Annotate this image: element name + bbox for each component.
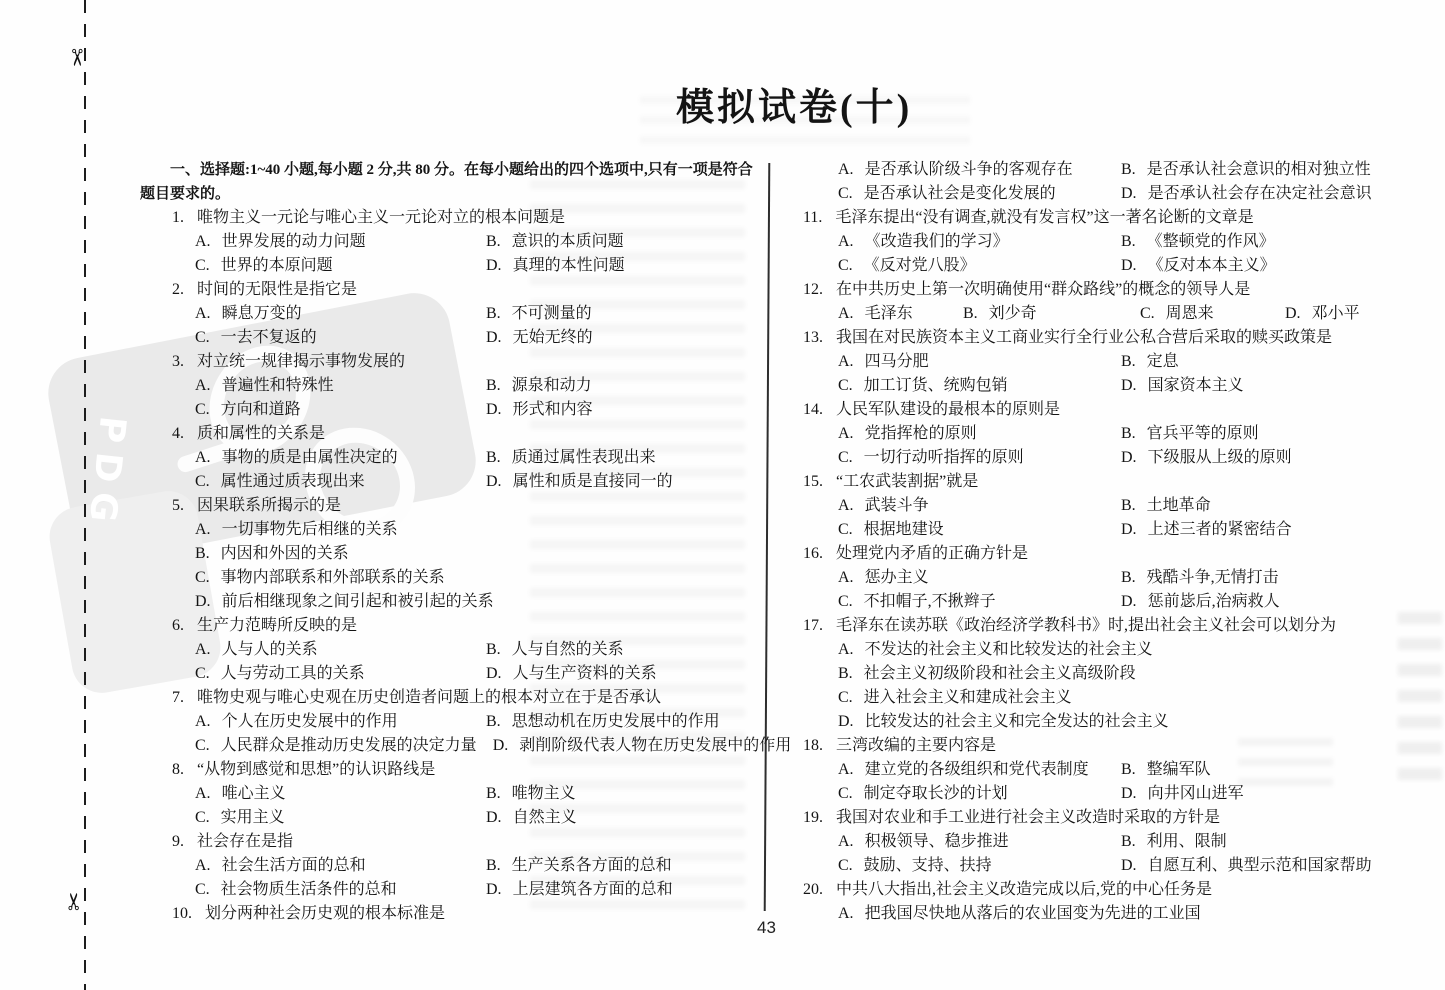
option: B.社会主义初级阶段和社会主义高级阶段: [838, 665, 1136, 682]
options-row: A.世界发展的动力问题B.意识的本质问题: [140, 230, 768, 254]
option-label: A.: [838, 161, 854, 178]
option-label: C.: [195, 881, 210, 898]
options-row: D.比较发达的社会主义和完全发达的社会主义: [795, 710, 1410, 734]
option: C.鼓励、支持、扶持: [838, 854, 1121, 878]
option-text: 上层建筑各方面的总和: [513, 881, 673, 898]
option-text: 源泉和动力: [512, 377, 592, 394]
question-line: 15.“工农武装割据”就是: [795, 470, 1410, 494]
question-text: 生产力范畴所反映的是: [197, 617, 357, 634]
option: D.自然主义: [486, 806, 577, 830]
option-text: 事物内部联系和外部联系的关系: [221, 569, 445, 586]
options-row: A.把我国尽快地从落后的农业国变为先进的工业国: [795, 902, 1410, 926]
option: C.人民群众是推动历史发展的决定力量: [195, 734, 493, 758]
option-text: 剥削阶级代表人物在历史发展中的作用: [519, 737, 791, 754]
option-text: 前后相继现象之间引起和被引起的关系: [222, 593, 494, 610]
option: B.残酷斗争,无情打击: [1121, 566, 1279, 590]
option-label: C.: [838, 785, 853, 802]
option: C.社会物质生活条件的总和: [195, 878, 486, 902]
options-row: A.个人在历史发展中的作用B.思想动机在历史发展中的作用: [140, 710, 768, 734]
option: B.质通过属性表现出来: [486, 446, 656, 470]
option-text: 制定夺取长沙的计划: [864, 785, 1008, 802]
option-text: 建立党的各级组织和党代表制度: [865, 761, 1089, 778]
option-text: 鼓励、支持、扶持: [864, 857, 992, 874]
option: D.向井冈山进军: [1121, 782, 1244, 806]
option-label: C.: [195, 329, 210, 346]
page-title: 模拟试卷(十): [676, 76, 912, 131]
question-number: 11.: [803, 206, 822, 230]
option-text: 利用、限制: [1147, 833, 1227, 850]
options-row: C.根据地建设D.上述三者的紧密结合: [795, 518, 1410, 542]
option-text: 《反对党八股》: [864, 257, 976, 274]
option-label: B.: [486, 449, 501, 466]
option-label: C.: [838, 593, 853, 610]
option: A.《改造我们的学习》: [838, 230, 1121, 254]
option: A.积极领导、稳步推进: [838, 830, 1121, 854]
option-label: D.: [195, 593, 211, 610]
options-row: A.人与人的关系B.人与自然的关系: [140, 638, 768, 662]
left-column: 一、选择题:1~40 小题,每小题 2 分,共 80 分。在每小题给出的四个选项…: [140, 158, 768, 926]
option-text: 意识的本质问题: [512, 233, 624, 250]
option-label: D.: [486, 257, 502, 274]
option-text: 《反对本本主义》: [1148, 257, 1276, 274]
options-row: B.社会主义初级阶段和社会主义高级阶段: [795, 662, 1410, 686]
option-label: C.: [195, 569, 210, 586]
option-label: B.: [486, 857, 501, 874]
option: A.建立党的各级组织和党代表制度: [838, 758, 1121, 782]
option: D.下级服从上级的原则: [1121, 446, 1292, 470]
option-text: 刘少奇: [989, 305, 1037, 322]
options-row: A.是否承认阶级斗争的客观存在B.是否承认社会意识的相对独立性: [795, 158, 1410, 182]
options-row: C.制定夺取长沙的计划D.向井冈山进军: [795, 782, 1410, 806]
option-text: 《改造我们的学习》: [865, 233, 1009, 250]
option: C.实用主义: [195, 806, 486, 830]
option: B.官兵平等的原则: [1121, 422, 1259, 446]
section-intro-line: 一、选择题:1~40 小题,每小题 2 分,共 80 分。在每小题给出的四个选项…: [140, 158, 768, 182]
option: A.一切事物先后相继的关系: [195, 521, 398, 538]
question-number: 14.: [803, 398, 823, 422]
option-label: D.: [486, 401, 502, 418]
option: D.上述三者的紧密结合: [1121, 518, 1292, 542]
question-line: 7.唯物史观与唯心史观在历史创造者问题上的根本对立在于是否承认: [140, 686, 768, 710]
option-text: 生产关系各方面的总和: [512, 857, 672, 874]
option-label: B.: [1121, 425, 1136, 442]
option: C.周恩来: [1140, 302, 1285, 326]
option-label: D.: [486, 665, 502, 682]
option: A.个人在历史发展中的作用: [195, 710, 486, 734]
option-label: C.: [838, 185, 853, 202]
question-line: 12.在中共历史上第一次明确使用“群众路线”的概念的领导人是: [795, 278, 1410, 302]
option: D.国家资本主义: [1121, 374, 1244, 398]
question-text: 唯物主义一元论与唯心主义一元论对立的根本问题是: [197, 209, 565, 226]
option: D.《反对本本主义》: [1121, 254, 1276, 278]
option-text: 官兵平等的原则: [1147, 425, 1259, 442]
options-row: C.实用主义D.自然主义: [140, 806, 768, 830]
dashed-cut-line: [84, 0, 86, 990]
option: C.世界的本原问题: [195, 254, 486, 278]
option: D.是否承认社会存在决定社会意识: [1121, 182, 1372, 206]
question-text: 在中共历史上第一次明确使用“群众路线”的概念的领导人是: [836, 281, 1250, 298]
option-text: 社会主义初级阶段和社会主义高级阶段: [864, 665, 1136, 682]
option-label: D.: [1121, 257, 1137, 274]
question-text: 我国在对民族资本主义工商业实行全行业公私合营后采取的赎买政策是: [836, 329, 1332, 346]
option-text: 根据地建设: [864, 521, 944, 538]
option-label: B.: [1121, 161, 1136, 178]
option-text: 自然主义: [513, 809, 577, 826]
question-text: 人民军队建设的最根本的原则是: [836, 401, 1060, 418]
question-text: 我国对农业和手工业进行社会主义改造时采取的方针是: [836, 809, 1220, 826]
option-label: A.: [195, 377, 211, 394]
question-line: 20.中共八大指出,社会主义改造完成以后,党的中心任务是: [795, 878, 1410, 902]
option-text: 整编军队: [1147, 761, 1211, 778]
question-line: 5.因果联系所揭示的是: [140, 494, 768, 518]
option: B.思想动机在历史发展中的作用: [486, 710, 720, 734]
option-text: 一切行动听指挥的原则: [864, 449, 1024, 466]
option-text: 邓小平: [1312, 305, 1360, 322]
question-number: 18.: [803, 734, 823, 758]
option-label: D.: [486, 329, 502, 346]
question-number: 12.: [803, 278, 823, 302]
option: C.不扣帽子,不揪辫子: [838, 590, 1121, 614]
option: D.比较发达的社会主义和完全发达的社会主义: [838, 713, 1169, 730]
option-label: D.: [486, 881, 502, 898]
question-number: 8.: [172, 758, 184, 782]
scissors-icon: ✂: [64, 48, 87, 67]
options-row: A.积极领导、稳步推进B.利用、限制: [795, 830, 1410, 854]
option-label: B.: [1121, 497, 1136, 514]
question-line: 1.唯物主义一元论与唯心主义一元论对立的根本问题是: [140, 206, 768, 230]
question-number: 5.: [172, 494, 184, 518]
options-row: A.建立党的各级组织和党代表制度B.整编军队: [795, 758, 1410, 782]
options-row: D.前后相继现象之间引起和被引起的关系: [140, 590, 768, 614]
options-row: B.内因和外因的关系: [140, 542, 768, 566]
option-label: A.: [838, 833, 854, 850]
option-text: 国家资本主义: [1148, 377, 1244, 394]
option-text: 属性通过质表现出来: [221, 473, 365, 490]
option: D.形式和内容: [486, 398, 593, 422]
option: A.世界发展的动力问题: [195, 230, 486, 254]
option-label: B.: [486, 233, 501, 250]
option-text: 四马分肥: [865, 353, 929, 370]
option-text: 惩办主义: [865, 569, 929, 586]
question-text: 社会存在是指: [197, 833, 293, 850]
option: A.惩办主义: [838, 566, 1121, 590]
option-text: 武装斗争: [865, 497, 929, 514]
option-text: 人与人的关系: [222, 641, 318, 658]
option-text: 惩前毖后,治病救人: [1148, 593, 1280, 610]
option-label: A.: [838, 569, 854, 586]
option-text: 瞬息万变的: [222, 305, 302, 322]
option-label: C.: [195, 401, 210, 418]
options-row: C.世界的本原问题D.真理的本性问题: [140, 254, 768, 278]
options-row: C.进入社会主义和建成社会主义: [795, 686, 1410, 710]
option: B.不可测量的: [486, 302, 592, 326]
option: A.事物的质是由属性决定的: [195, 446, 486, 470]
option-label: A.: [195, 233, 211, 250]
option-text: 事物的质是由属性决定的: [222, 449, 398, 466]
option: A.党指挥枪的原则: [838, 422, 1121, 446]
option-label: C.: [195, 473, 210, 490]
options-row: A.唯心主义B.唯物主义: [140, 782, 768, 806]
option-label: A.: [838, 641, 854, 658]
option-text: 定息: [1147, 353, 1179, 370]
option-label: C.: [838, 377, 853, 394]
option-label: D.: [1285, 305, 1301, 322]
question-text: 三湾改编的主要内容是: [836, 737, 996, 754]
option-label: D.: [1121, 449, 1137, 466]
option: A.毛泽东: [838, 302, 963, 326]
right-column: A.是否承认阶级斗争的客观存在B.是否承认社会意识的相对独立性C.是否承认社会是…: [795, 158, 1410, 926]
option-label: B.: [486, 641, 501, 658]
option-text: 是否承认社会存在决定社会意识: [1148, 185, 1372, 202]
option-label: D.: [486, 809, 502, 826]
options-row: C.社会物质生活条件的总和D.上层建筑各方面的总和: [140, 878, 768, 902]
option: D.自愿互利、典型示范和国家帮助: [1121, 854, 1372, 878]
option: C.方向和道路: [195, 398, 486, 422]
option-label: C.: [195, 665, 210, 682]
option-label: A.: [195, 305, 211, 322]
option-text: 上述三者的紧密结合: [1148, 521, 1292, 538]
option-text: 方向和道路: [221, 401, 301, 418]
option: A.武装斗争: [838, 494, 1121, 518]
options-row: C.《反对党八股》D.《反对本本主义》: [795, 254, 1410, 278]
option-label: B.: [486, 713, 501, 730]
options-row: A.武装斗争B.土地革命: [795, 494, 1410, 518]
option: D.无始无终的: [486, 326, 593, 350]
option: B.源泉和动力: [486, 374, 592, 398]
option-label: B.: [963, 305, 978, 322]
option-text: 把我国尽快地从落后的农业国变为先进的工业国: [865, 905, 1201, 922]
option-label: A.: [838, 305, 854, 322]
option-label: B.: [486, 377, 501, 394]
option-label: B.: [1121, 353, 1136, 370]
question-line: 19.我国对农业和手工业进行社会主义改造时采取的方针是: [795, 806, 1410, 830]
option-label: A.: [195, 641, 211, 658]
option: C.一切行动听指挥的原则: [838, 446, 1121, 470]
option-text: 残酷斗争,无情打击: [1147, 569, 1279, 586]
question-number: 10.: [172, 902, 192, 926]
option-label: C.: [838, 521, 853, 538]
option-text: 毛泽东: [865, 305, 913, 322]
option-text: 质通过属性表现出来: [512, 449, 656, 466]
option-text: 形式和内容: [513, 401, 593, 418]
option-text: 不可测量的: [512, 305, 592, 322]
option: B.利用、限制: [1121, 830, 1227, 854]
options-row: A.不发达的社会主义和比较发达的社会主义: [795, 638, 1410, 662]
option: C.属性通过质表现出来: [195, 470, 486, 494]
question-text: 划分两种社会历史观的根本标准是: [205, 905, 445, 922]
question-text: 毛泽东在读苏联《政治经济学教科书》时,提出社会主义社会可以划分为: [836, 617, 1336, 634]
option: B.意识的本质问题: [486, 230, 624, 254]
options-row: C.不扣帽子,不揪辫子D.惩前毖后,治病救人: [795, 590, 1410, 614]
options-row: A.《改造我们的学习》B.《整顿党的作风》: [795, 230, 1410, 254]
option-text: 人与自然的关系: [512, 641, 624, 658]
option-label: D.: [1121, 185, 1137, 202]
option-label: C.: [838, 257, 853, 274]
question-line: 18.三湾改编的主要内容是: [795, 734, 1410, 758]
option-label: A.: [195, 857, 211, 874]
option-label: C.: [838, 857, 853, 874]
option: C.制定夺取长沙的计划: [838, 782, 1121, 806]
options-row: A.党指挥枪的原则B.官兵平等的原则: [795, 422, 1410, 446]
options-row: A.四马分肥B.定息: [795, 350, 1410, 374]
options-row: A.事物的质是由属性决定的B.质通过属性表现出来: [140, 446, 768, 470]
option-label: D.: [1121, 521, 1137, 538]
option: D.上层建筑各方面的总和: [486, 878, 673, 902]
option-text: 内因和外因的关系: [221, 545, 349, 562]
option: D.前后相继现象之间引起和被引起的关系: [195, 593, 494, 610]
option-label: C.: [195, 809, 210, 826]
option-label: A.: [838, 497, 854, 514]
option-label: A.: [838, 353, 854, 370]
question-text: “从物到感觉和思想”的认识路线是: [197, 761, 435, 778]
option-label: B.: [1121, 761, 1136, 778]
options-row: C.人民群众是推动历史发展的决定力量D.剥削阶级代表人物在历史发展中的作用: [140, 734, 768, 758]
option-label: C.: [1140, 305, 1155, 322]
option: B.定息: [1121, 350, 1179, 374]
option: C.《反对党八股》: [838, 254, 1121, 278]
option-text: 属性和质是直接同一的: [513, 473, 673, 490]
option-text: 人民群众是推动历史发展的决定力量: [221, 737, 477, 754]
option: C.人与劳动工具的关系: [195, 662, 486, 686]
option-label: D.: [1121, 593, 1137, 610]
option: B.生产关系各方面的总和: [486, 854, 672, 878]
question-line: 8.“从物到感觉和思想”的认识路线是: [140, 758, 768, 782]
question-line: 11.毛泽东提出“没有调查,就没有发言权”这一著名论断的文章是: [795, 206, 1410, 230]
section-intro-line: 题目要求的。: [140, 182, 768, 206]
options-row: A.普遍性和特殊性B.源泉和动力: [140, 374, 768, 398]
option: B.刘少奇: [963, 302, 1140, 326]
option: D.人与生产资料的关系: [486, 662, 657, 686]
option-text: 下级服从上级的原则: [1148, 449, 1292, 466]
option: A.把我国尽快地从落后的农业国变为先进的工业国: [838, 905, 1201, 922]
question-number: 4.: [172, 422, 184, 446]
option: C.根据地建设: [838, 518, 1121, 542]
options-row: A.社会生活方面的总和B.生产关系各方面的总和: [140, 854, 768, 878]
options-row: C.人与劳动工具的关系D.人与生产资料的关系: [140, 662, 768, 686]
options-row: C.是否承认社会是变化发展的D.是否承认社会存在决定社会意识: [795, 182, 1410, 206]
option: B.内因和外因的关系: [195, 545, 349, 562]
option-label: B.: [1121, 569, 1136, 586]
option: D.邓小平: [1285, 302, 1360, 326]
option-label: B.: [486, 305, 501, 322]
option-text: 普遍性和特殊性: [222, 377, 334, 394]
option-text: 是否承认社会是变化发展的: [864, 185, 1056, 202]
option-text: 社会物质生活条件的总和: [221, 881, 397, 898]
question-text: 毛泽东提出“没有调查,就没有发言权”这一著名论断的文章是: [835, 209, 1253, 226]
scissors-icon: ✂: [64, 892, 87, 911]
option-text: 真理的本性问题: [513, 257, 625, 274]
option-text: 唯物主义: [512, 785, 576, 802]
option: B.整编军队: [1121, 758, 1211, 782]
option-text: 一去不复返的: [221, 329, 317, 346]
option-label: B.: [1121, 833, 1136, 850]
option-label: B.: [838, 665, 853, 682]
option: C.事物内部联系和外部联系的关系: [195, 569, 445, 586]
option-label: A.: [195, 449, 211, 466]
option-text: 实用主义: [221, 809, 285, 826]
option: A.唯心主义: [195, 782, 486, 806]
option-label: A.: [195, 521, 211, 538]
option-text: 一切事物先后相继的关系: [222, 521, 398, 538]
option: B.唯物主义: [486, 782, 576, 806]
option: C.一去不复返的: [195, 326, 486, 350]
option-label: A.: [838, 905, 854, 922]
question-line: 13.我国在对民族资本主义工商业实行全行业公私合营后采取的赎买政策是: [795, 326, 1410, 350]
question-number: 1.: [172, 206, 184, 230]
question-text: 中共八大指出,社会主义改造完成以后,党的中心任务是: [836, 881, 1212, 898]
options-row: A.毛泽东B.刘少奇C.周恩来D.邓小平: [795, 302, 1410, 326]
question-line: 10.划分两种社会历史观的根本标准是: [140, 902, 768, 926]
exam-page-scan: PDG ✂ ✂ 模拟试卷(十) 43 一、选择题:1~40 小题,每小题 2 分…: [0, 0, 1445, 990]
option: B.土地革命: [1121, 494, 1211, 518]
option-text: 积极领导、稳步推进: [865, 833, 1009, 850]
option-text: 个人在历史发展中的作用: [222, 713, 398, 730]
option-label: A.: [838, 233, 854, 250]
question-line: 4.质和属性的关系是: [140, 422, 768, 446]
question-text: 因果联系所揭示的是: [197, 497, 341, 514]
question-text: 质和属性的关系是: [197, 425, 325, 442]
option-text: 周恩来: [1166, 305, 1214, 322]
option-text: 社会生活方面的总和: [222, 857, 366, 874]
option-text: 进入社会主义和建成社会主义: [864, 689, 1072, 706]
options-row: C.加工订货、统购包销D.国家资本主义: [795, 374, 1410, 398]
option: D.属性和质是直接同一的: [486, 470, 673, 494]
option: C.加工订货、统购包销: [838, 374, 1121, 398]
option-text: 思想动机在历史发展中的作用: [512, 713, 720, 730]
options-row: A.瞬息万变的B.不可测量的: [140, 302, 768, 326]
option: C.进入社会主义和建成社会主义: [838, 689, 1072, 706]
question-number: 9.: [172, 830, 184, 854]
option-label: A.: [195, 785, 211, 802]
question-number: 7.: [172, 686, 184, 710]
option: D.真理的本性问题: [486, 254, 625, 278]
option-label: D.: [486, 473, 502, 490]
question-number: 13.: [803, 326, 823, 350]
option: A.不发达的社会主义和比较发达的社会主义: [838, 641, 1153, 658]
option-text: 《整顿党的作风》: [1147, 233, 1275, 250]
question-number: 2.: [172, 278, 184, 302]
option-label: D.: [1121, 785, 1137, 802]
question-line: 16.处理党内矛盾的正确方针是: [795, 542, 1410, 566]
options-row: C.一切行动听指挥的原则D.下级服从上级的原则: [795, 446, 1410, 470]
option: B.人与自然的关系: [486, 638, 624, 662]
question-text: 唯物史观与唯心史观在历史创造者问题上的根本对立在于是否承认: [197, 689, 661, 706]
question-text: “工农武装割据”就是: [836, 473, 978, 490]
question-number: 20.: [803, 878, 823, 902]
option-text: 无始无终的: [513, 329, 593, 346]
question-text: 时间的无限性是指它是: [197, 281, 357, 298]
question-line: 14.人民军队建设的最根本的原则是: [795, 398, 1410, 422]
question-number: 3.: [172, 350, 184, 374]
option-label: C.: [838, 449, 853, 466]
option: B.是否承认社会意识的相对独立性: [1121, 158, 1371, 182]
question-number: 16.: [803, 542, 823, 566]
option: B.《整顿党的作风》: [1121, 230, 1275, 254]
option-label: A.: [838, 425, 854, 442]
option-text: 世界的本原问题: [221, 257, 333, 274]
option-label: D.: [493, 737, 509, 754]
question-number: 15.: [803, 470, 823, 494]
option-text: 自愿互利、典型示范和国家帮助: [1148, 857, 1372, 874]
option-label: B.: [1121, 233, 1136, 250]
option-text: 人与劳动工具的关系: [221, 665, 365, 682]
option-label: D.: [1121, 857, 1137, 874]
options-row: A.惩办主义B.残酷斗争,无情打击: [795, 566, 1410, 590]
option-text: 加工订货、统购包销: [864, 377, 1008, 394]
option-text: 土地革命: [1147, 497, 1211, 514]
question-line: 3.对立统一规律揭示事物发展的: [140, 350, 768, 374]
option: C.是否承认社会是变化发展的: [838, 182, 1121, 206]
